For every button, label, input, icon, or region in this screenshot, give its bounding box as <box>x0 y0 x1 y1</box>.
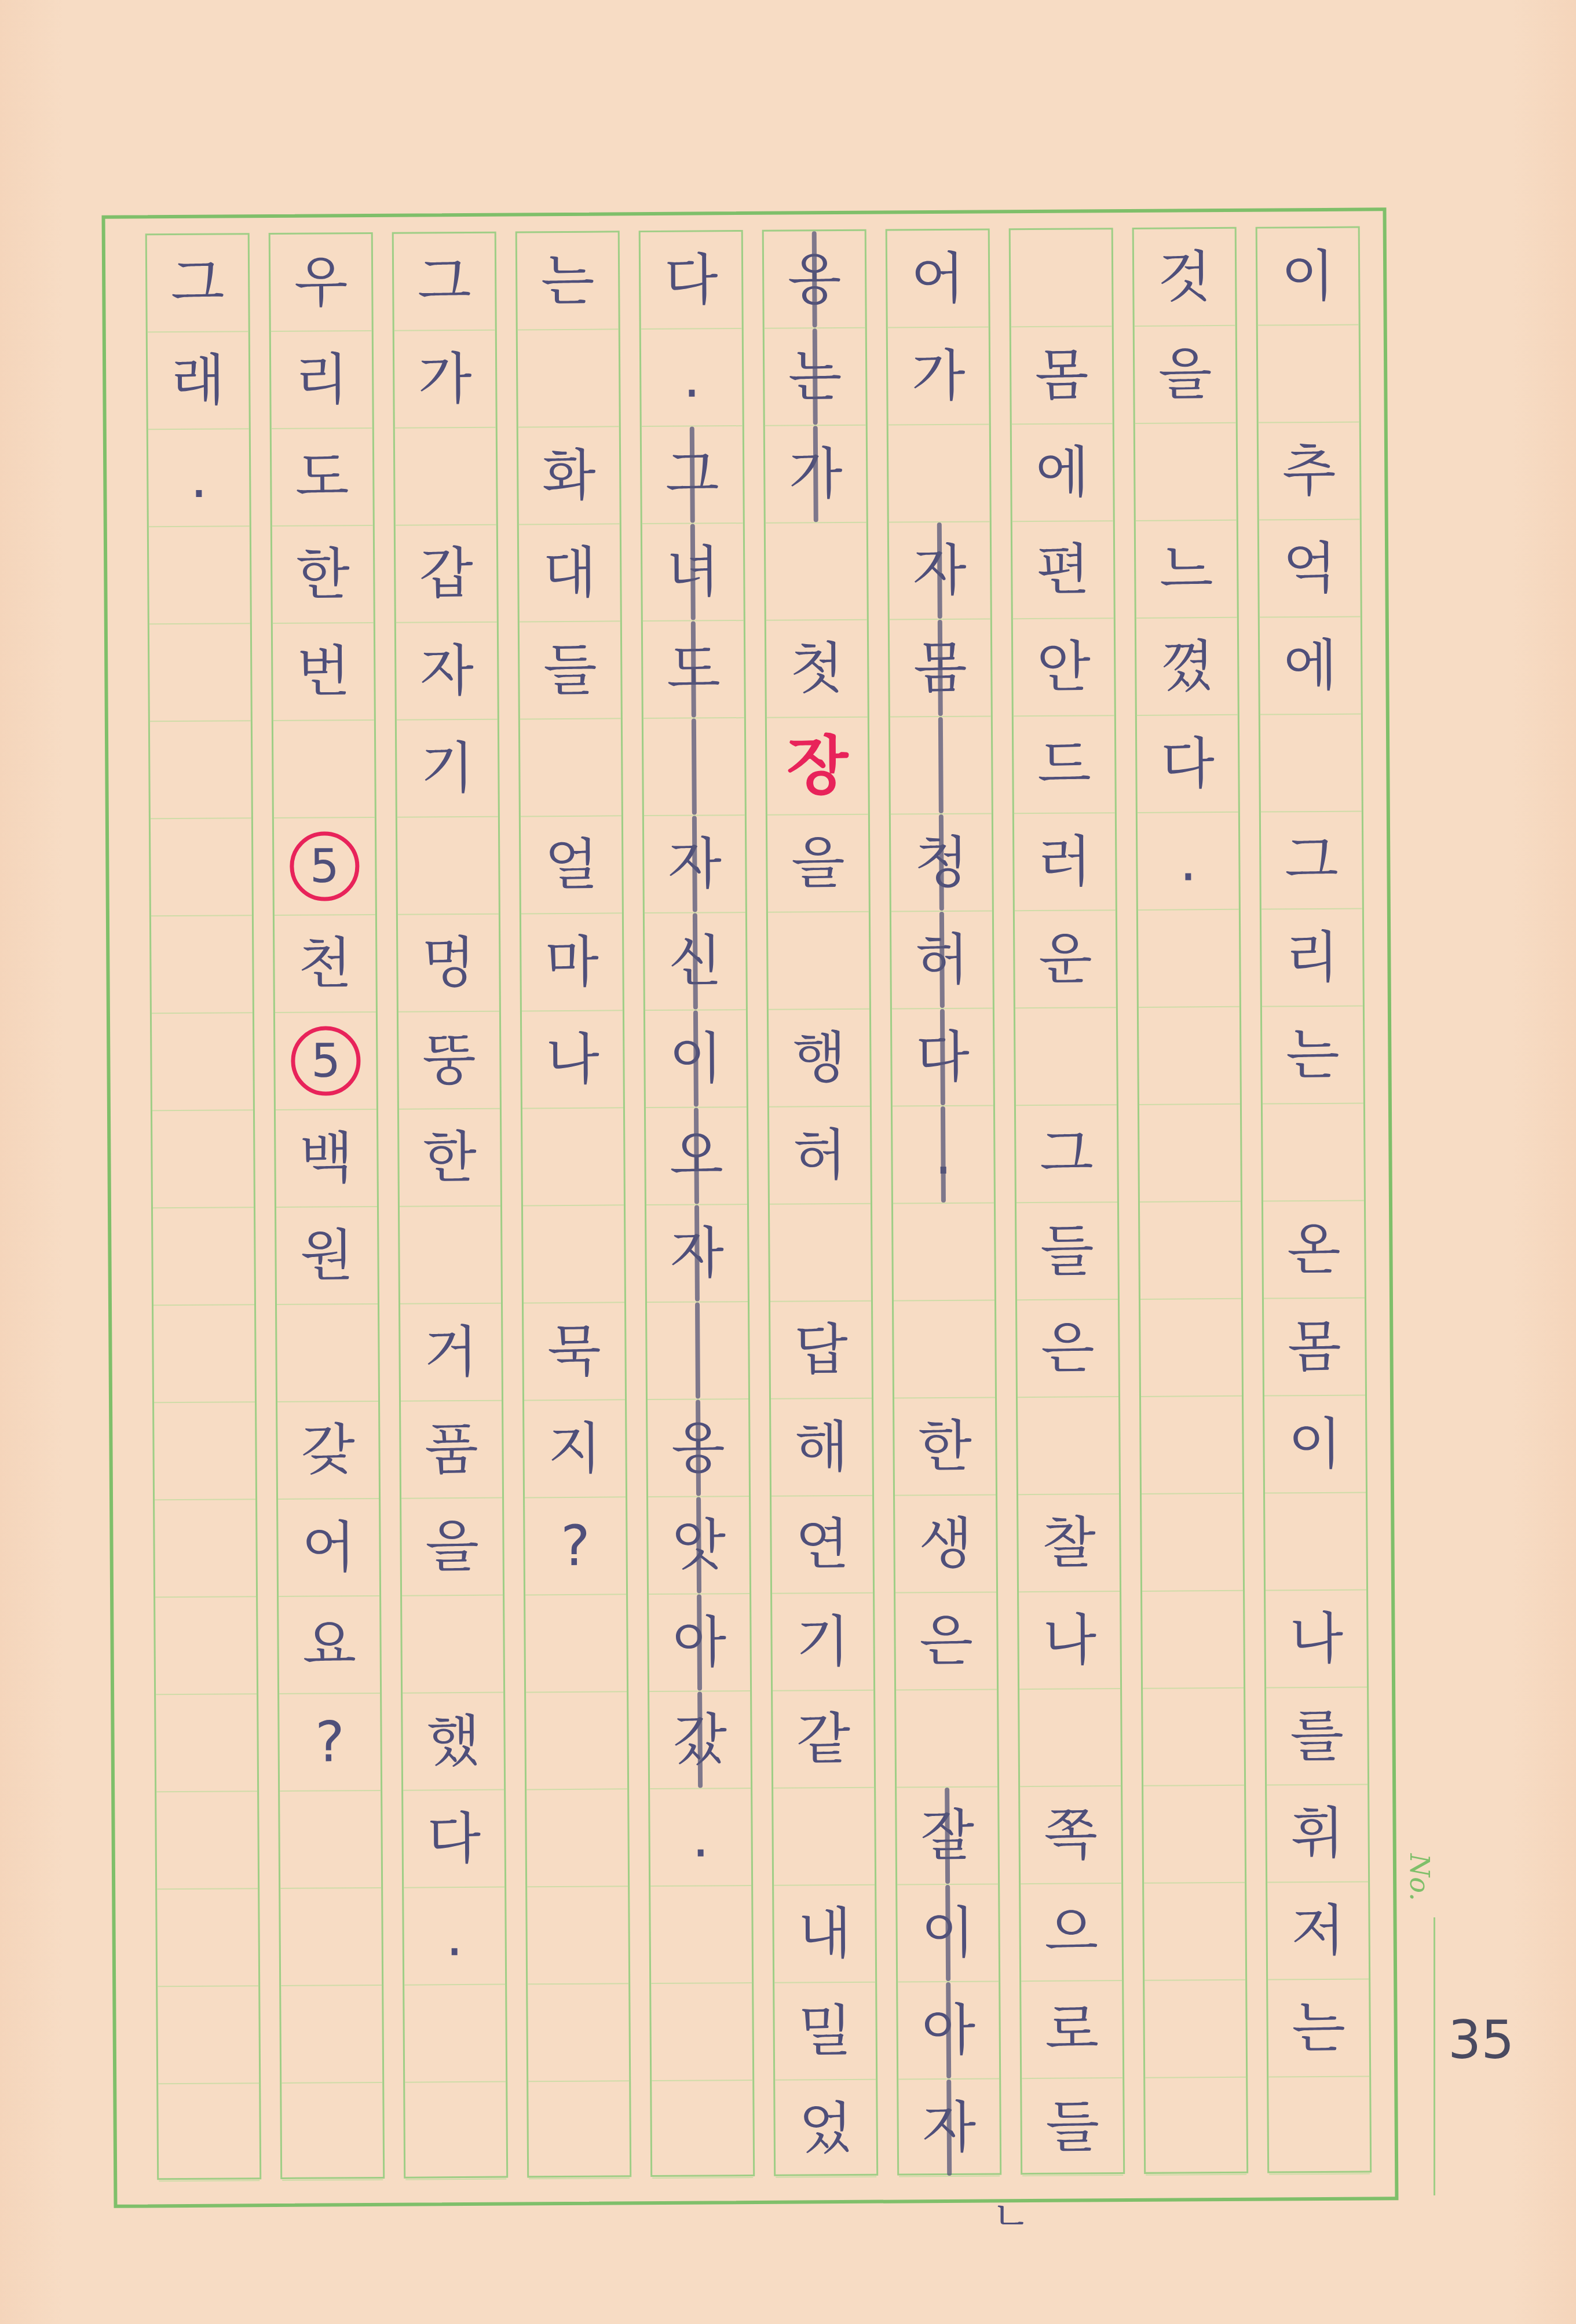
manuscript-cell: 휘 <box>1267 1785 1368 1883</box>
manuscript-cell <box>151 818 252 916</box>
manuscript-cell: 첫 <box>766 620 868 718</box>
manuscript-cell: 으 <box>1021 1884 1122 1982</box>
manuscript-cell: 아 <box>898 1982 999 2080</box>
manuscript-cell <box>281 2083 383 2181</box>
manuscript-cell <box>890 717 992 814</box>
manuscript-cell: 어 <box>278 1499 379 1597</box>
circled-mark: 5 <box>290 831 360 901</box>
manuscript-cell: 느 <box>1136 521 1237 619</box>
manuscript-cell: 에 <box>1012 424 1113 522</box>
manuscript-column: 는화대들얼마나묵지? <box>515 231 632 2177</box>
manuscript-cell: 화 <box>518 427 620 525</box>
manuscript-cell: 5 <box>274 818 375 916</box>
manuscript-cell <box>526 1692 627 1790</box>
page-number: 35 <box>1448 2010 1515 2071</box>
manuscript-column: 옹는가첫장을행허답해연기같내밀었 <box>762 229 879 2176</box>
manuscript-cell: 허 <box>891 911 993 1009</box>
manuscript-cell: 를 <box>1266 1688 1367 1786</box>
manuscript-cell: 같 <box>773 1691 874 1789</box>
manuscript-cell: 요 <box>279 1596 380 1694</box>
manuscript-cell: 장 <box>767 718 868 816</box>
manuscript-cell <box>522 1108 624 1206</box>
manuscript-cell <box>277 1304 378 1402</box>
manuscript-cell: 생 <box>895 1495 996 1593</box>
manuscript-cell: 행 <box>769 1010 870 1108</box>
manuscript-cell: 아 <box>649 1594 750 1692</box>
manuscript-cell: 나 <box>1266 1591 1367 1689</box>
manuscript-cell <box>651 1983 752 2081</box>
manuscript-cell <box>888 425 990 522</box>
manuscript-cell <box>523 1205 624 1303</box>
manuscript-cell <box>518 330 619 427</box>
manuscript-cell: 도 <box>272 429 373 527</box>
manuscript-cell: 잘 <box>897 1787 998 1885</box>
manuscript-cell <box>1019 1689 1121 1787</box>
manuscript-cell: 녀 <box>642 524 744 622</box>
margin-mark-bottom: ㄴ <box>992 2184 1031 2242</box>
manuscript-cell <box>150 721 251 819</box>
manuscript-cell: 우 <box>270 234 372 332</box>
manuscript-cell <box>766 523 867 621</box>
manuscript-cell <box>152 1110 254 1208</box>
manuscript-cell <box>281 1986 382 2084</box>
manuscript-cell: 멍 <box>398 915 499 1013</box>
manuscript-cell: 는 <box>1262 1007 1363 1105</box>
manuscript-cell: 온 <box>1263 1201 1365 1299</box>
manuscript-cell: 갖 <box>277 1402 379 1500</box>
manuscript-cell: 드 <box>1014 716 1115 814</box>
manuscript-cell: 다 <box>403 1790 504 1888</box>
manuscript-cell <box>153 1305 255 1403</box>
manuscript-cell: . <box>148 429 250 527</box>
manuscript-cell: 나 <box>522 1011 623 1109</box>
manuscript-cell <box>152 1013 253 1111</box>
manuscript-cell: 그 <box>1261 812 1362 910</box>
manuscript-cell <box>153 1208 254 1306</box>
manuscript-cell <box>652 2081 753 2179</box>
manuscript-cell: 을 <box>767 815 869 913</box>
manuscript-cell: 러 <box>1014 813 1116 911</box>
manuscript-cell: 들 <box>1016 1203 1118 1300</box>
manuscript-cell <box>154 1402 255 1500</box>
manuscript-cell: 도 <box>643 621 744 719</box>
manuscript-cell: 에 <box>1260 617 1361 715</box>
manuscript-cell <box>768 912 869 1010</box>
manuscript-cell: 번 <box>273 623 374 721</box>
manuscript-cell <box>1258 326 1359 423</box>
manuscript-cell: 가 <box>765 426 866 524</box>
manuscript-cell: 허 <box>769 1107 871 1205</box>
manuscript-cell <box>404 1985 506 2083</box>
manuscript-cell: 그 <box>394 233 495 331</box>
manuscript-cell <box>525 1595 627 1693</box>
page-number-rule <box>1434 1917 1435 2195</box>
manuscript-cell <box>1018 1397 1119 1495</box>
manuscript-cell <box>770 1204 871 1302</box>
manuscript-cell <box>1144 1980 1246 2078</box>
manuscript-cell: 그 <box>642 426 743 524</box>
manuscript-cell: 을 <box>1135 326 1236 424</box>
manuscript-cell: 마 <box>521 913 623 1011</box>
manuscript-column: 다.그녀도자신이오자옹앗아갔. <box>639 230 755 2177</box>
manuscript-cell <box>149 624 251 722</box>
manuscript-cell: 갑 <box>396 525 497 623</box>
manuscript-cell: 품 <box>401 1401 502 1499</box>
manuscript-cell <box>405 2082 506 2180</box>
manuscript-cell: 기 <box>772 1594 873 1691</box>
manuscript-cell: 그 <box>1016 1105 1117 1203</box>
manuscript-cell: ? <box>279 1694 381 1792</box>
manuscript-cell <box>1015 1008 1117 1106</box>
manuscript-cell: 천 <box>275 915 376 1013</box>
manuscript-cell: 쪽 <box>1020 1786 1121 1884</box>
manuscript-cell: 답 <box>770 1302 872 1399</box>
manuscript-cell: 안 <box>1013 619 1114 717</box>
manuscript-cell: 은 <box>1017 1300 1118 1398</box>
manuscript-cell: . <box>893 1106 994 1204</box>
manuscript-cell <box>1140 1202 1241 1300</box>
manuscript-column: 이추억에그리는온몸이나를휘저는 <box>1256 226 1372 2173</box>
manuscript-cell: 옹 <box>764 231 865 329</box>
manuscript-cell: 이 <box>1257 228 1359 326</box>
manuscript-cell: 어 <box>887 230 989 328</box>
manuscript-column: 그가갑자기멍뚱한거품을했다. <box>392 232 509 2179</box>
manuscript-cell: 추 <box>1259 423 1360 521</box>
manuscript-cell <box>528 1984 629 2082</box>
manuscript-cell: 기 <box>397 720 498 818</box>
manuscript-cell: 거 <box>400 1304 502 1402</box>
manuscript-cell <box>1141 1397 1242 1494</box>
manuscript-cell <box>1265 1493 1366 1591</box>
manuscript-cell <box>520 719 621 817</box>
manuscript-cell <box>526 1789 628 1887</box>
manuscript-cell <box>151 916 253 1014</box>
manuscript-cell: 그 <box>147 235 248 332</box>
manuscript-cell: 지 <box>524 1400 626 1498</box>
manuscript-cell: 로 <box>1021 1981 1122 2079</box>
manuscript-cell <box>1135 423 1237 521</box>
manuscript-cell: 앗 <box>648 1497 749 1595</box>
manuscript-cell <box>400 1207 501 1304</box>
manuscript-cell <box>647 1302 748 1400</box>
manuscript-cell <box>1139 1105 1241 1203</box>
manuscript-cell: 이 <box>897 1884 999 1982</box>
manuscript-cell: 오 <box>646 1108 747 1205</box>
manuscript-cell <box>1144 1883 1245 1981</box>
manuscript-cell: 옹 <box>648 1399 749 1497</box>
manuscript-cell: 편 <box>1012 521 1114 619</box>
manuscript-cell: 자 <box>898 2079 1000 2177</box>
manuscript-cell: . <box>650 1789 751 1887</box>
manuscript-cell <box>155 1597 257 1695</box>
manuscript-cell <box>156 1792 258 1890</box>
manuscript-cell: 저 <box>1267 1883 1369 1980</box>
manuscript-cell <box>528 2081 630 2179</box>
manuscript-cell <box>1143 1689 1244 1786</box>
manuscript-cell: 꼈 <box>1136 618 1238 716</box>
manuscript-column: 것을느꼈다. <box>1132 227 1249 2174</box>
manuscript-cell: 원 <box>276 1207 378 1305</box>
manuscript-cell: 리 <box>1261 909 1363 1007</box>
manuscript-cell: 은 <box>895 1592 997 1690</box>
manuscript-cell: 묵 <box>524 1303 625 1401</box>
manuscript-cell: 다 <box>641 232 742 330</box>
manuscript-cell: 밀 <box>774 1983 876 2081</box>
manuscript-column: 그래. <box>145 233 262 2180</box>
manuscript-cell: 몸 <box>1011 327 1113 425</box>
manuscript-cell <box>395 428 496 526</box>
manuscript-cell <box>893 1203 994 1301</box>
manuscript-column: 어가자몸청허다.한생은잘이아자 <box>886 228 1002 2175</box>
manuscript-cell <box>1139 1007 1240 1105</box>
manuscript-cell: 는 <box>765 328 866 426</box>
manuscript-cell <box>157 1889 258 1987</box>
manuscript-cell: 자 <box>889 522 990 620</box>
manuscript-cell: 몸 <box>890 619 991 717</box>
manuscript-cell: 몸 <box>1264 1299 1365 1397</box>
manuscript-cell <box>1143 1786 1245 1884</box>
manuscript-cell: 뚱 <box>398 1012 500 1110</box>
manuscript-cell <box>155 1500 256 1598</box>
manuscript-cell: 얼 <box>521 816 622 914</box>
manuscript-cell <box>1142 1591 1244 1689</box>
manuscript-cell: ? <box>525 1497 626 1595</box>
manuscript-cell <box>773 1788 875 1886</box>
manuscript-cell: 백 <box>276 1110 377 1208</box>
manuscript-cell: 이 <box>1264 1396 1366 1494</box>
manuscript-cell <box>1011 229 1112 327</box>
manuscript-cell: 5 <box>275 1013 376 1110</box>
manuscript-cell: 운 <box>1015 911 1116 1008</box>
manuscript-cell: 한 <box>894 1398 996 1496</box>
manuscript-cell <box>397 817 499 915</box>
manuscript-cell: 자 <box>646 1205 748 1303</box>
manuscript-cell <box>1138 910 1239 1008</box>
manuscript-cell <box>527 1887 628 1985</box>
manuscript-cell <box>643 718 745 816</box>
manuscript-cell: 갔 <box>649 1691 751 1789</box>
manuscript-cell <box>1268 2077 1370 2175</box>
manuscript-cell: 자 <box>396 623 498 721</box>
manuscript-cell: 래 <box>148 332 249 430</box>
manuscript-cell <box>280 1888 382 1986</box>
manuscript-column: 우리도한번5천5백원갖어요? <box>269 232 385 2179</box>
manuscript-cell: 들 <box>520 622 621 719</box>
manuscript-cell: 는 <box>1268 1980 1369 2078</box>
red-correction: 장 <box>787 734 849 798</box>
manuscript-cell: 한 <box>272 526 374 624</box>
manuscript-cell: 한 <box>399 1109 500 1207</box>
manuscript-cell: 신 <box>645 913 746 1011</box>
manuscript-cell <box>894 1300 995 1398</box>
manuscript-cell: 이 <box>645 1010 747 1108</box>
manuscript-cell: 리 <box>271 331 372 429</box>
manuscript-cell: 가 <box>394 331 496 429</box>
manuscript-cell <box>1142 1494 1243 1592</box>
manuscript-cell: 가 <box>888 327 989 425</box>
manuscript-cell <box>1145 2078 1246 2176</box>
manuscript-cell <box>896 1690 997 1788</box>
manuscript-cell: 것 <box>1134 229 1235 327</box>
manuscript-cell: 다 <box>892 1008 993 1106</box>
manuscript-cell <box>1140 1299 1242 1397</box>
manuscript-cell: 내 <box>774 1885 875 1983</box>
manuscript-cell: 대 <box>519 524 620 622</box>
manuscript-cell <box>1263 1104 1364 1202</box>
manuscript-cell: 을 <box>401 1499 503 1596</box>
manuscript-cell: 었 <box>775 2080 876 2178</box>
manuscript-cell: . <box>404 1888 505 1986</box>
manuscript-cell: . <box>1138 813 1239 911</box>
manuscript-cell <box>158 2084 259 2182</box>
page-number-label: No. <box>1404 1854 1435 1901</box>
manuscript-cell: 찰 <box>1018 1494 1120 1592</box>
manuscript-cell: 는 <box>517 232 619 330</box>
manuscript-cell: 자 <box>644 816 745 913</box>
manuscript-cell <box>1260 715 1362 813</box>
manuscript-cell: 청 <box>891 814 992 912</box>
manuscript-cell: 했 <box>403 1693 504 1791</box>
manuscript-cell <box>156 1694 257 1792</box>
circled-mark: 5 <box>291 1026 361 1096</box>
manuscript-cell <box>280 1791 381 1889</box>
manuscript-cell: 연 <box>771 1496 873 1594</box>
manuscript-cell: 해 <box>771 1399 872 1497</box>
manuscript-cell <box>273 721 375 818</box>
manuscript-column: 몸에편안드러운그들은찰나쪽으로들 <box>1009 228 1125 2175</box>
manuscript-grid: 이추억에그리는온몸이나를휘저는것을느꼈다.몸에편안드러운그들은찰나쪽으로들어가자… <box>102 207 1399 2208</box>
manuscript-cell <box>149 527 250 624</box>
manuscript-cell <box>158 1986 259 2084</box>
manuscript-cell <box>402 1596 503 1694</box>
manuscript-cell: 들 <box>1022 2078 1123 2176</box>
manuscript-cell: 나 <box>1019 1592 1120 1690</box>
manuscript-cell: 억 <box>1259 520 1361 618</box>
manuscript-cell <box>650 1886 752 1984</box>
manuscript-cell: 다 <box>1137 715 1238 813</box>
manuscript-cell: . <box>641 329 743 427</box>
